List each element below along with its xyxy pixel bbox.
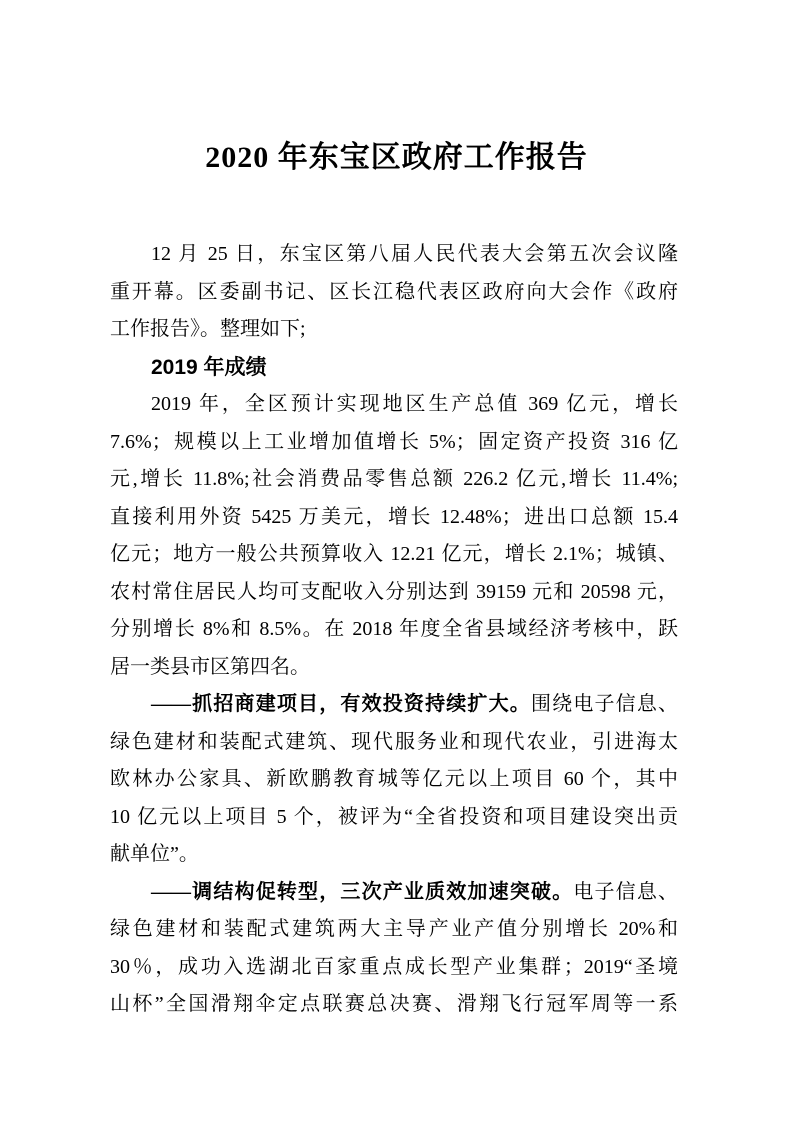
achievements-line-3: 元,增长 11.8%;社会消费品零售总额 226.2 亿元,增长 11.4%; <box>110 461 678 499</box>
intro-line-1: 12 月 25 日，东宝区第八届人民代表大会第五次会议隆 <box>110 236 678 274</box>
intro-line-2: 重开幕。区委副书记、区长江稳代表区政府向大会作《政府 <box>110 274 678 312</box>
investment-lead: ——抓招商建项目，有效投资持续扩大。 <box>151 693 531 715</box>
document-page: 2020 年东宝区政府工作报告 12 月 25 日，东宝区第八届人民代表大会第五… <box>0 0 793 1122</box>
transformation-lead: ——调结构促转型，三次产业质效加速突破。 <box>151 881 573 903</box>
achievements-line-8: 居一类县市区第四名。 <box>110 649 678 687</box>
achievements-line-6: 农村常住居民人均可支配收入分别达到 39159 元和 20598 元， <box>110 574 678 612</box>
achievements-line-7: 分别增长 8%和 8.5%。在 2018 年度全省县域经济考核中，跃 <box>110 611 678 649</box>
achievements-line-4: 直接利用外资 5425 万美元，增长 12.48%；进出口总额 15.4 <box>110 499 678 537</box>
transformation-line-4: 山杯”全国滑翔伞定点联赛总决赛、滑翔飞行冠军周等一系 <box>110 986 678 1024</box>
transformation-line-1: ——调结构促转型，三次产业质效加速突破。电子信息、 <box>110 874 678 912</box>
section-heading-2019: 2019 年成绩 <box>110 349 678 387</box>
investment-lead-rest: 围绕电子信息、 <box>531 693 678 715</box>
transformation-line-3: 30％，成功入选湖北百家重点成长型产业集群；2019“圣境 <box>110 949 678 987</box>
investment-line-5: 献单位”。 <box>110 836 678 874</box>
transformation-lead-rest: 电子信息、 <box>573 881 678 903</box>
transformation-line-2: 绿色建材和装配式建筑两大主导产业产值分别增长 20%和 <box>110 911 678 949</box>
document-title: 2020 年东宝区政府工作报告 <box>0 138 793 178</box>
investment-line-2: 绿色建材和装配式建筑、现代服务业和现代农业，引进海太 <box>110 724 678 762</box>
achievements-line-2: 7.6%；规模以上工业增加值增长 5%；固定资产投资 316 亿 <box>110 424 678 462</box>
investment-line-1: ——抓招商建项目，有效投资持续扩大。围绕电子信息、 <box>110 686 678 724</box>
investment-line-3: 欧林办公家具、新欧鹏教育城等亿元以上项目 60 个，其中 <box>110 761 678 799</box>
achievements-line-1: 2019 年，全区预计实现地区生产总值 369 亿元，增长 <box>110 386 678 424</box>
document-body: 12 月 25 日，东宝区第八届人民代表大会第五次会议隆 重开幕。区委副书记、区… <box>110 236 678 1024</box>
investment-line-4: 10 亿元以上项目 5 个，被评为“全省投资和项目建设突出贡 <box>110 799 678 837</box>
intro-line-3: 工作报告》。整理如下; <box>110 311 678 349</box>
achievements-line-5: 亿元；地方一般公共预算收入 12.21 亿元，增长 2.1%；城镇、 <box>110 536 678 574</box>
